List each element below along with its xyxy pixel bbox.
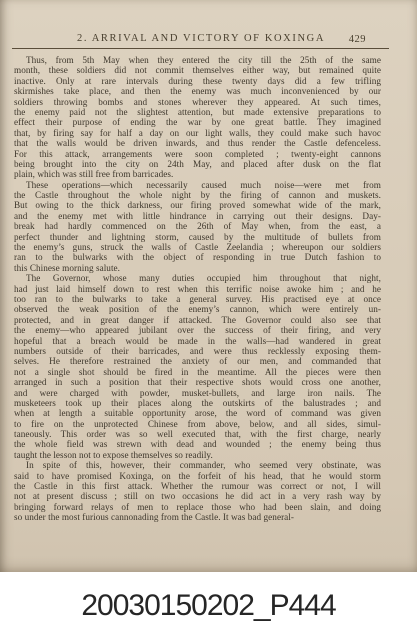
text-line: the Castle in this first attack. Whether… <box>14 481 381 491</box>
book-page: 2. ARRIVAL AND VICTORY OF KOXINGA 429 Th… <box>0 0 417 572</box>
text-line: that the walls would be driven inwards, … <box>14 138 381 148</box>
text-line: when at length a suitable opportunity ar… <box>14 408 381 418</box>
text-line: the whole field was strewn with dead and… <box>14 439 381 449</box>
text-line: had just laid himself down to rest when … <box>14 284 381 294</box>
text-line: inactive. Only at rare intervals during … <box>14 76 381 86</box>
text-line: arranged in such a position that their r… <box>14 377 381 387</box>
text-line: ran to the bulwarks with the object of r… <box>14 252 381 262</box>
text-line: not at present discuss ; still on two oc… <box>14 491 381 501</box>
text-line: The Governor, whose many duties occupied… <box>14 273 381 283</box>
paragraph: Thus, from 5th May when they entered the… <box>14 55 381 180</box>
text-line: too ran to the bulwarks to take a genera… <box>14 294 381 304</box>
text-line: Thus, from 5th May when they entered the… <box>14 55 381 65</box>
running-title: 2. ARRIVAL AND VICTORY OF KOXINGA <box>13 33 389 44</box>
scan-id-bar: 20030150202_P444 <box>0 572 417 640</box>
text-line: not a single shot should be fired in the… <box>14 367 381 377</box>
text-line: break had hardly commenced on the 26th o… <box>14 221 381 231</box>
text-line: the Castle throughout the whole night by… <box>14 190 381 200</box>
text-line: soldiers throwing bombs and stones where… <box>14 97 381 107</box>
text-line: this Chinese morning salute. <box>14 263 381 273</box>
paragraph: In spite of this, however, their command… <box>14 460 381 522</box>
text-line: hopeful that a breach would be made in t… <box>14 336 381 346</box>
page-body: Thus, from 5th May when they entered the… <box>14 55 381 523</box>
text-line: perfect thunder and lightning storm, cau… <box>14 232 381 242</box>
text-line: In spite of this, however, their command… <box>14 460 381 470</box>
text-line: month, these soldiers did not commit the… <box>14 65 381 75</box>
text-line: and the enemy met with little hindrance … <box>14 211 381 221</box>
paragraph: These operations—which necessarily cause… <box>14 180 381 274</box>
text-line: that, by firing say for half a day on ou… <box>14 128 381 138</box>
text-line: and were charged with powder, musket-bul… <box>14 388 381 398</box>
text-line: skirmishes take place, and then the enem… <box>14 86 381 96</box>
text-line: taneously. This order was so well execut… <box>14 429 381 439</box>
scan-id-label: 20030150202_P444 <box>81 589 335 623</box>
page-header: 2. ARRIVAL AND VICTORY OF KOXINGA 429 <box>13 33 389 47</box>
text-line: selves. He therefore restrained the anxi… <box>14 356 381 366</box>
scanned-page-view: 2. ARRIVAL AND VICTORY OF KOXINGA 429 Th… <box>0 0 417 640</box>
text-line: being brought into the city on 24th May,… <box>14 159 381 169</box>
text-line: musketeers took up their places along th… <box>14 398 381 408</box>
text-line: protected, and in great danger if attack… <box>14 315 381 325</box>
text-line: These operations—which necessarily cause… <box>14 180 381 190</box>
text-line: plain, which was still free from barrica… <box>14 169 381 179</box>
text-line: bringing forward relays of men to replac… <box>14 502 381 512</box>
text-line: But owing to the thick darkness, our fir… <box>14 200 381 210</box>
text-line: taught the lesson not to expose themselv… <box>14 450 381 460</box>
text-line: to fire on the unprotected Chinese from … <box>14 419 381 429</box>
header-rule <box>12 48 389 49</box>
text-line: observed the weak position of the enemy’… <box>14 304 381 314</box>
paragraph: The Governor, whose many duties occupied… <box>14 273 381 460</box>
text-line: the enemy paid not the slightest attenti… <box>14 107 381 117</box>
text-line: effect their purpose of ending the war b… <box>14 117 381 127</box>
text-line: numbers outside of their barricades, and… <box>14 346 381 356</box>
text-line: For this attack, arrangements were soon … <box>14 149 381 159</box>
text-line: the enemy—who appeared jubilant over the… <box>14 325 381 335</box>
text-line: so under the most furious cannonading fr… <box>14 512 381 522</box>
text-line: the enemy’s guns, struck the walls of Ca… <box>14 242 381 252</box>
page-number: 429 <box>349 34 366 45</box>
text-line: said to have promised Koxinga, on the fo… <box>14 471 381 481</box>
